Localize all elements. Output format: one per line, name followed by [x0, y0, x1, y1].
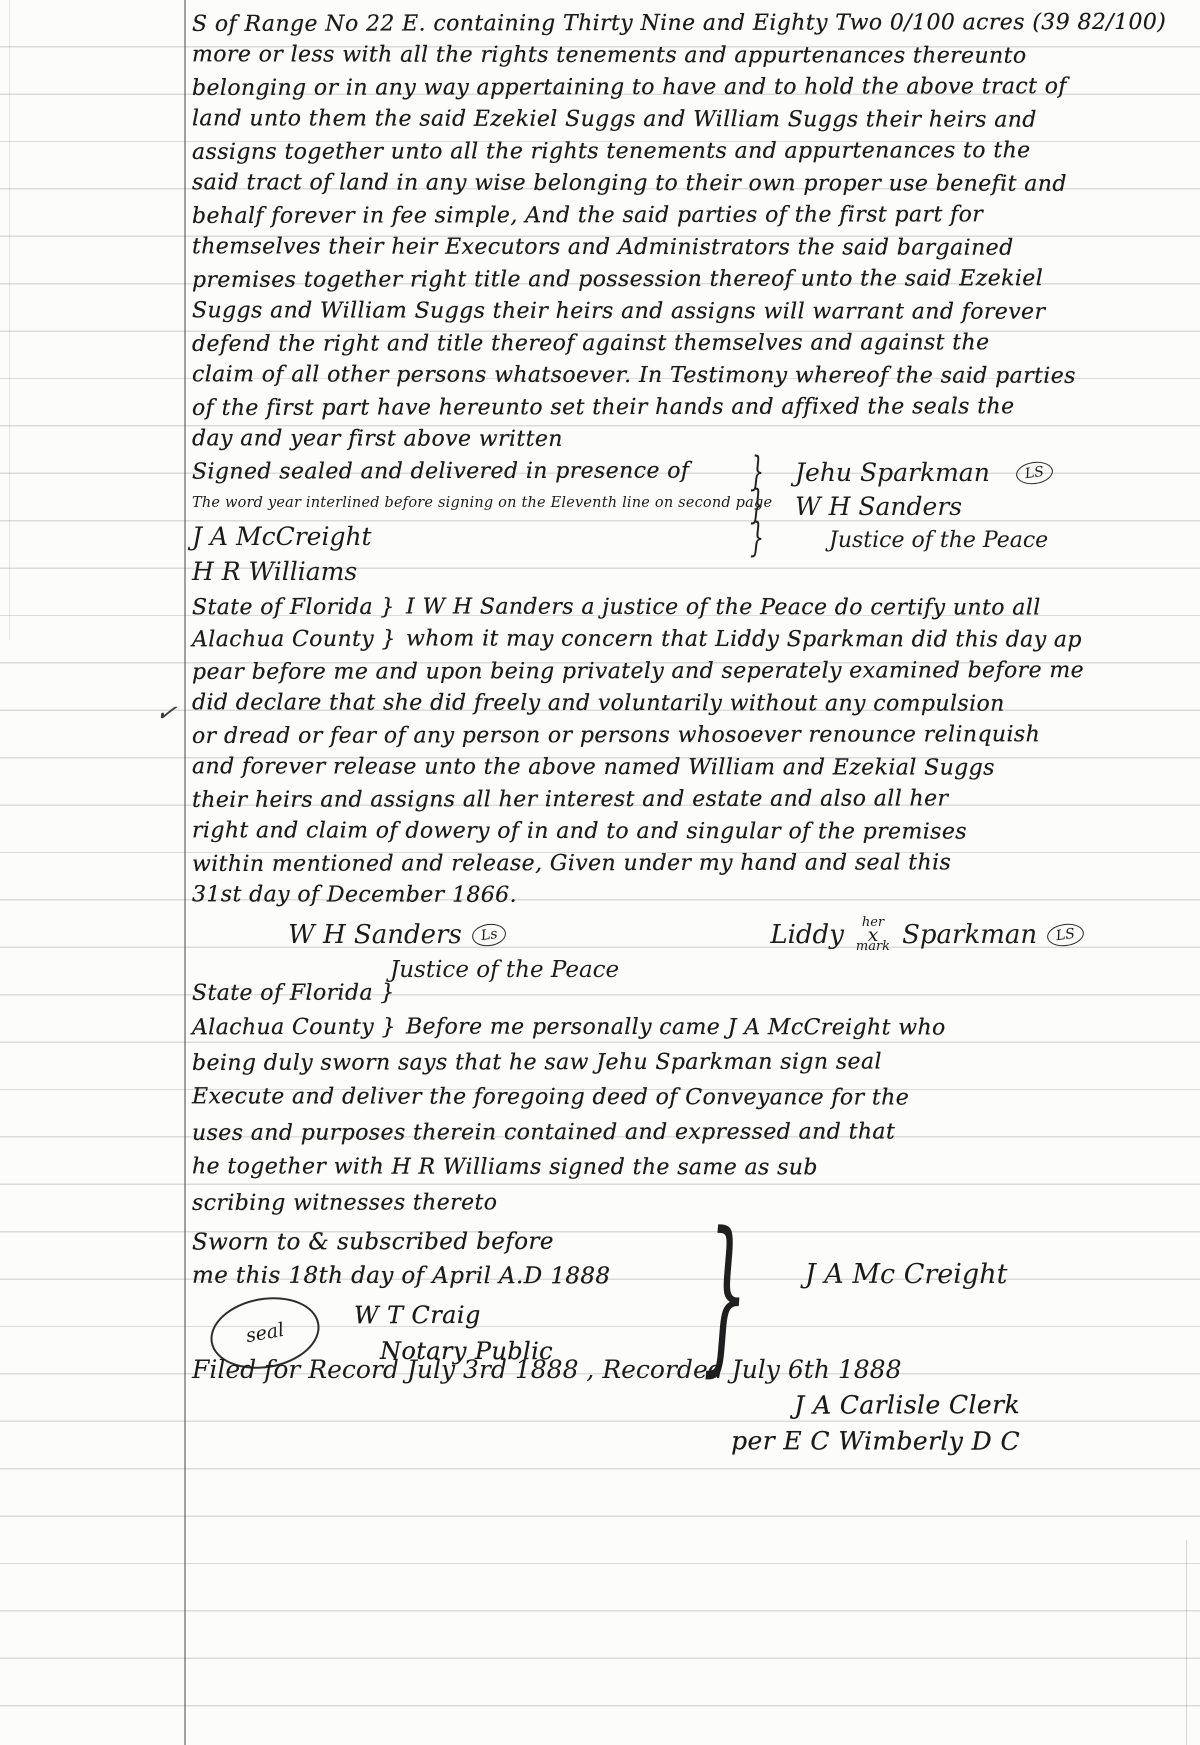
seal-scribble-icon: Ls [470, 922, 507, 949]
liddy-mark-signature: Liddy her x mark Sparkman LS [770, 917, 1084, 953]
presence-line: Signed sealed and delivered in presence … [192, 455, 737, 488]
signer-row-2: W H Sanders [795, 490, 1084, 524]
signer2-title: Justice of the Peace [795, 524, 1084, 558]
ack1-body-line: right and claim of dowery of in and to a… [192, 815, 1084, 849]
ack2-body-lines: being duly sworn says that he saw Jehu S… [192, 1045, 1084, 1220]
deed-body-line: land unto them the said Ezekiel Suggs an… [192, 103, 1084, 137]
state-label: State of Florida } [192, 592, 406, 624]
brace-icon: } [750, 522, 782, 555]
seal-scribble-icon: LS [1014, 460, 1054, 487]
clerk-signature-stack: J A Carlisle Clerk per E C Wimberly D C [192, 1388, 1084, 1458]
right-edge-rule [1186, 1540, 1187, 1745]
signer1-signature: Jehu Sparkman [795, 456, 990, 490]
deed-body-line: Suggs and William Suggs their heirs and … [192, 295, 1084, 329]
ack1-body-lines: pear before me and upon being privately … [192, 656, 1084, 912]
scanned-deed-page: ✓ S of Range No 22 E. containing Thirty … [0, 0, 1200, 1745]
ack1-row-county: Alachua County } whom it may concern tha… [192, 624, 1084, 656]
ack1-body-line: their heirs and assigns all her interest… [192, 783, 1084, 817]
sworn-line-1: Sworn to & subscribed before [192, 1224, 672, 1259]
notary-signature: W T Craig [354, 1297, 553, 1333]
witness-signature-block: Signed sealed and delivered in presence … [192, 456, 1084, 589]
deed-body-line: day and year first above written [192, 423, 1084, 457]
margin-checkmark: ✓ [154, 697, 179, 729]
signer-row-1: Jehu Sparkman LS [795, 456, 1084, 490]
deputy-clerk-line: per E C Wimberly D C [192, 1422, 1020, 1458]
witness-affidavit-block: State of Florida } Alachua County } Befo… [192, 975, 1084, 1369]
deed-body-paragraph: S of Range No 22 E. containing Thirty Ni… [192, 8, 1084, 456]
ack2-body-line: being duly sworn says that he saw Jehu S… [192, 1044, 1084, 1081]
county-label: Alachua County } [192, 624, 406, 656]
deed-body-line: defend the right and title thereof again… [192, 327, 1084, 361]
ack1-line-2: whom it may concern that Liddy Sparkman … [406, 623, 1082, 656]
deed-body-line: claim of all other persons whatsoever. I… [192, 359, 1084, 393]
ack1-line-1: I W H Sanders a justice of the Peace do … [406, 591, 1041, 624]
filed-recorded-line: Filed for Record July 3rd 1888 , Recorde… [192, 1352, 1084, 1388]
liddy-last-name: Sparkman [902, 920, 1037, 951]
ack1-body-line: within mentioned and release, Given unde… [192, 847, 1084, 881]
deed-body-line: premises together right title and posses… [192, 263, 1084, 297]
county-label: Alachua County } [192, 1010, 406, 1045]
seal-scribble-icon: LS [1046, 922, 1086, 949]
ack2-body-line: he together with H R Williams signed the… [192, 1149, 1084, 1186]
deed-body-line: behalf forever in fee simple, And the sa… [192, 199, 1084, 233]
deed-body-line: said tract of land in any wise belonging… [192, 167, 1084, 201]
dower-acknowledgment-block: State of Florida } I W H Sanders a justi… [192, 592, 1084, 986]
ack2-line-1: Before me personally came J A McCreight … [406, 1010, 946, 1046]
deed-body-line: of the first part have hereunto set thei… [192, 391, 1084, 425]
big-brace-icon: } [703, 1219, 748, 1369]
justice-signature-name: W H Sanders [288, 920, 462, 951]
brace-marks: } } } [750, 456, 782, 555]
witness-signature-2: H R Williams [192, 554, 737, 589]
ack1-body-line: did declare that she did freely and volu… [192, 687, 1084, 721]
margin-rule-line [184, 0, 186, 1745]
ack1-body-line: or dread or fear of any person or person… [192, 719, 1084, 753]
ack1-body-line: and forever release unto the above named… [192, 751, 1084, 785]
clerk-signature: J A Carlisle Clerk [192, 1387, 1020, 1424]
her-mark-stack: her x mark [856, 917, 890, 953]
state-label: State of Florida } [192, 974, 1084, 1011]
ack2-body-line: scribing witnesses thereto [192, 1184, 1084, 1221]
jurat-left-column: Sworn to & subscribed before me this 18t… [192, 1225, 672, 1369]
deed-body-line: assigns together unto all the rights ten… [192, 135, 1084, 169]
jurat-section: Sworn to & subscribed before me this 18t… [192, 1225, 1084, 1369]
liddy-first-name: Liddy [770, 920, 844, 951]
signer-column: Jehu Sparkman LS W H Sanders Justice of … [795, 456, 1084, 558]
ack1-body-line: 31st day of December 1866. [192, 879, 1084, 913]
ack1-row-state: State of Florida } I W H Sanders a justi… [192, 592, 1084, 624]
interlineation-note: The word year interlined before signing … [192, 488, 737, 519]
recording-note-block: Filed for Record July 3rd 1888 , Recorde… [192, 1352, 1084, 1458]
ack1-body-line: pear before me and upon being privately … [192, 655, 1084, 689]
justice-signature: W H Sanders Ls [288, 920, 506, 951]
ack2-row-county: Alachua County } Before me personally ca… [192, 1010, 1084, 1045]
mark-label: mark [856, 941, 890, 953]
witness-column: Signed sealed and delivered in presence … [192, 456, 737, 589]
ack2-body-line: Execute and deliver the foregoing deed o… [192, 1079, 1084, 1116]
deed-body-line: themselves their heir Executors and Admi… [192, 231, 1084, 265]
sworn-line-2: me this 18th day of April A.D 1888 [192, 1259, 672, 1294]
ack2-body-line: uses and purposes therein contained and … [192, 1114, 1084, 1151]
deed-body-line: S of Range No 22 E. containing Thirty Ni… [192, 7, 1084, 41]
ack1-signature-row: W H Sanders Ls Liddy her x mark Sparkman… [192, 917, 1084, 953]
deed-body-line: more or less with all the rights tenemen… [192, 39, 1084, 73]
signer2-signature: W H Sanders [795, 490, 962, 524]
left-edge-rule [9, 0, 10, 640]
deed-body-line: belonging or in any way appertaining to … [192, 71, 1084, 105]
witness-signature-1: J A McCreight [192, 519, 737, 554]
